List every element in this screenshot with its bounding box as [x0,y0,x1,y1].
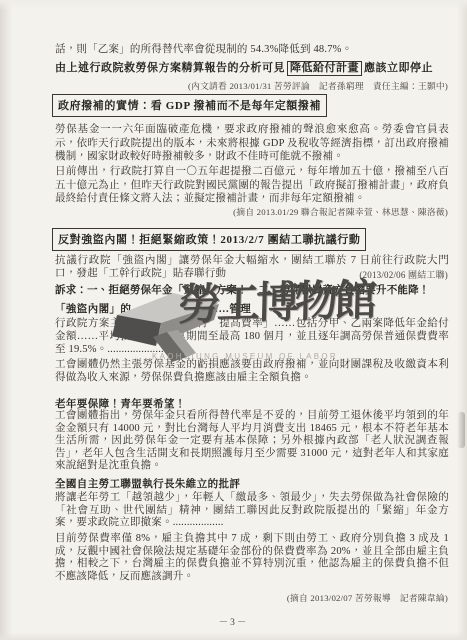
section1-paragraph-1: 勞保基金一一六年面臨破產危機，要求政府撥補的聲浪愈來愈高。勞委會官員表示，依昨天… [55,123,449,164]
intro-conclusion-line: 由上述行政院救勞保方案精算報告的分析可見降低給付計畫應該立即停止 [55,59,455,75]
scanned-document-page: { "intro": { "line1": "話，則「乙案」的所得替代率會從現制… [0,0,467,640]
scan-artifact-smudge [457,412,465,448]
section2-paragraph-6: 目前勞保費率僅 8%，雇主負擔其中 7 成，剩下則由勞工、政府分別負擔 3 成及… [55,533,449,583]
intro-continuation-line: 話，則「乙案」的所得替代率會從現制的 54.3%降低到 48.7%。 [55,43,449,57]
section1-paragraph-2: 日前傳出，行政院打算自一〇五年起提撥二百億元，每年增加五十億，撥補至八百五十億元… [55,165,449,206]
section2-paragraph-4: 工會團體指出，勞保年金只看所得替代率是不妥的，目前勞工退休後平均領到的年金金額只… [55,410,449,473]
scan-edge-left [0,0,12,640]
scan-edge-right [457,0,467,640]
conclusion-prefix: 由上述行政院救勞保方案精算報告的分析可見 [55,62,285,74]
scan-edge-top [0,0,467,10]
page-number: －3－ [0,614,467,628]
section2-citation: (摘自 2013/02/07 苦勞報導 記者陳韋綸) [55,591,448,604]
section2-paragraph-1-citation: (2013/02/06 團結工聯) [55,268,448,281]
conclusion-suffix: 應該立即停止 [364,62,433,74]
scan-edge-bottom [0,632,467,640]
section2-heading-box: 反對強盜內閣！拒絕緊縮政策！2013/2/7 團結工聯抗議行動 [52,228,366,251]
section1-citation: (摘自 2013.01/29 聯合報記者陳幸萱、林思慧、陳洛薇) [55,205,448,218]
watermark-calligraphy: 勞工博物館 [177,279,378,327]
subhead-elderly-security: 老年要保障！青年要希望！ [55,396,449,411]
section1-heading-box: 政府撥補的實情：看 GDP 撥補而不是每年定額撥補 [52,94,327,117]
subhead-union-leader-critique: 全國自主勞工聯盟執行長朱維立的批評 [55,476,449,491]
watermark-english-caption: KAOHSIUNG MUSEUM OF LABOR [152,352,372,361]
intro-citation: (內文請看 2013/01/31 苦勞評論 記者孫窮理 責任主編：王顥中) [55,79,448,92]
boxed-phrase-lower-benefit-plan: 降低給付計畫 [287,61,362,76]
section2-paragraph-5: 將讓老年勞工「越領越少」，年輕人「繳最多、領最少」，失去勞保做為社會保險的「社會… [55,492,449,530]
